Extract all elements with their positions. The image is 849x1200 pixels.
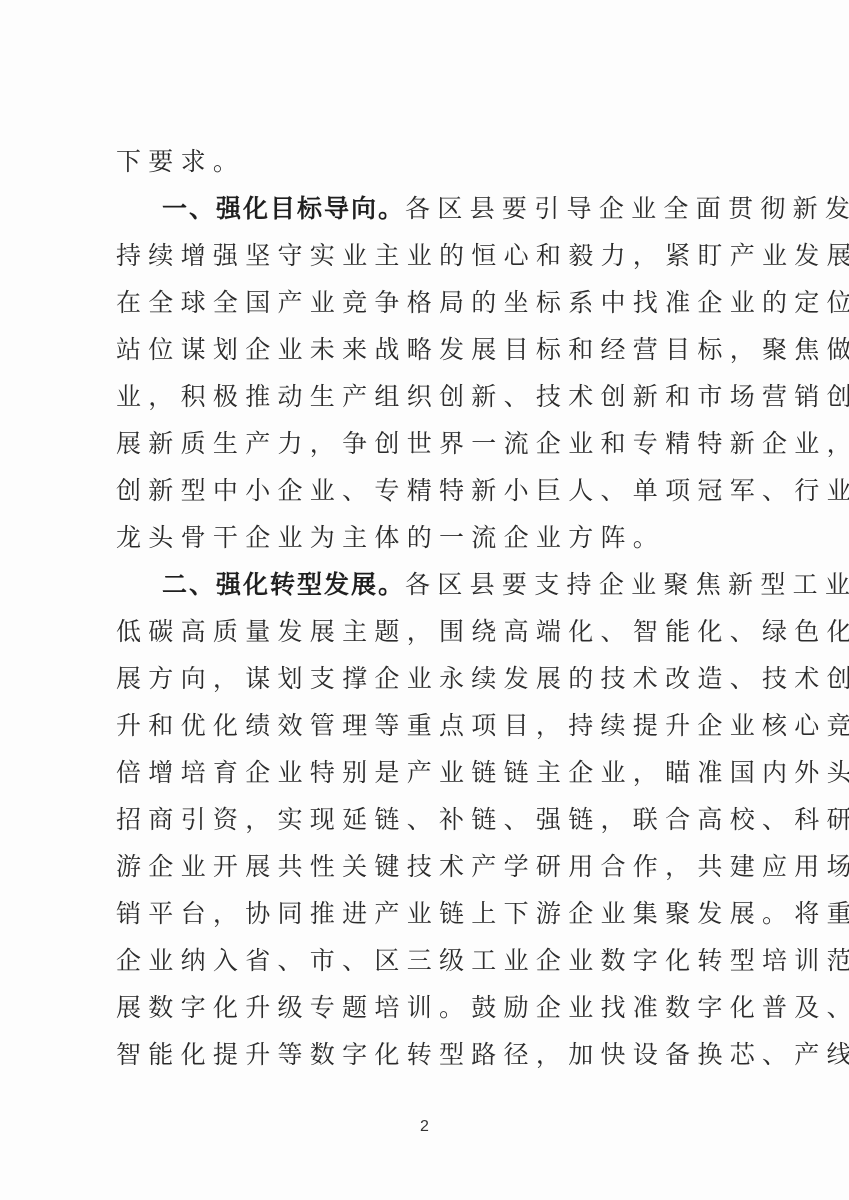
text-line: 游企业开展共性关键技术产学研用合作，共建应用场景和市场营 [116,849,756,885]
line-text: 下要求。 [116,147,245,176]
text-line: 下要求。 [116,144,756,180]
text-line: 在全球全国产业竞争格局的坐标系中找准企业的定位和坐标，高 [116,285,756,321]
text-line: 龙头骨干企业为主体的一流企业方阵。 [116,520,756,556]
text-line: 倍增培育企业特别是产业链链主企业，瞄准国内外头部企业精准 [116,755,756,791]
text-line: 展数字化升级专题培训。鼓励企业找准数字化普及、网络化协同、 [116,990,756,1026]
text-line: 升和优化绩效管理等重点项目，持续提升企业核心竞争力。鼓励 [116,708,756,744]
text-line: 业，积极推动生产组织创新、技术创新和市场营销创新，加快发 [116,379,756,415]
line-text: 持续增强坚守实业主业的恒心和毅力，紧盯产业发展前沿，勇于 [116,241,849,270]
document-page: 下要求。 一、强化目标导向。各区县要引导企业全面贯彻新发展理念， 持续增强坚守实… [0,0,849,1200]
line-text: 展新质生产力，争创世界一流企业和专精特新企业，加快建设以 [116,429,849,458]
line-text: 游企业开展共性关键技术产学研用合作，共建应用场景和市场营 [116,852,849,881]
line-text: 低碳高质量发展主题，围绕高端化、智能化、绿色化、集群化发 [116,617,849,646]
text-line: 创新型中小企业、专精特新小巨人、单项冠军、行业领军企业、 [116,473,756,509]
text-line: 企业纳入省、市、区三级工业企业数字化转型培训范围，精准开 [116,943,756,979]
section-1-heading-line: 一、强化目标导向。各区县要引导企业全面贯彻新发展理念， [162,191,802,227]
line-text: 在全球全国产业竞争格局的坐标系中找准企业的定位和坐标，高 [116,288,849,317]
line-text: 站位谋划企业未来战略发展目标和经营目标，聚焦做强做专主 [116,335,849,364]
section-2-heading-line: 二、强化转型发展。各区县要支持企业聚焦新型工业和绿色 [162,567,802,603]
text-line: 展方向，谋划支撑企业永续发展的技术改造、技术创新、产品提 [116,661,756,697]
text-line: 智能化提升等数字化转型路径，加快设备换芯、产线升级、机器 [116,1037,756,1073]
line-text: 企业纳入省、市、区三级工业企业数字化转型培训范围，精准开 [116,946,849,975]
line-text: 智能化提升等数字化转型路径，加快设备换芯、产线升级、机器 [116,1040,849,1069]
line-text: 展数字化升级专题培训。鼓励企业找准数字化普及、网络化协同、 [116,993,849,1022]
line-text: 各区县要引导企业全面贯彻新发展理念， [405,194,849,223]
text-line: 站位谋划企业未来战略发展目标和经营目标，聚焦做强做专主 [116,332,756,368]
text-line: 招商引资，实现延链、补链、强链，联合高校、科研院所和上下 [116,802,756,838]
section-heading: 一、强化目标导向。 [162,194,405,223]
text-line: 持续增强坚守实业主业的恒心和毅力，紧盯产业发展前沿，勇于 [116,238,756,274]
line-text: 创新型中小企业、专精特新小巨人、单项冠军、行业领军企业、 [116,476,849,505]
line-text: 业，积极推动生产组织创新、技术创新和市场营销创新，加快发 [116,382,849,411]
line-text: 各区县要支持企业聚焦新型工业和绿色 [405,570,849,599]
line-text: 龙头骨干企业为主体的一流企业方阵。 [116,523,665,552]
line-text: 升和优化绩效管理等重点项目，持续提升企业核心竞争力。鼓励 [116,711,849,740]
line-text: 倍增培育企业特别是产业链链主企业，瞄准国内外头部企业精准 [116,758,849,787]
text-line: 展新质生产力，争创世界一流企业和专精特新企业，加快建设以 [116,426,756,462]
section-heading: 二、强化转型发展。 [162,570,405,599]
line-text: 销平台，协同推进产业链上下游企业集聚发展。将重点倍增培育 [116,899,849,928]
line-text: 招商引资，实现延链、补链、强链，联合高校、科研院所和上下 [116,805,849,834]
page-number: 2 [0,1118,849,1136]
text-line: 低碳高质量发展主题，围绕高端化、智能化、绿色化、集群化发 [116,614,756,650]
text-line: 销平台，协同推进产业链上下游企业集聚发展。将重点倍增培育 [116,896,756,932]
line-text: 展方向，谋划支撑企业永续发展的技术改造、技术创新、产品提 [116,664,849,693]
